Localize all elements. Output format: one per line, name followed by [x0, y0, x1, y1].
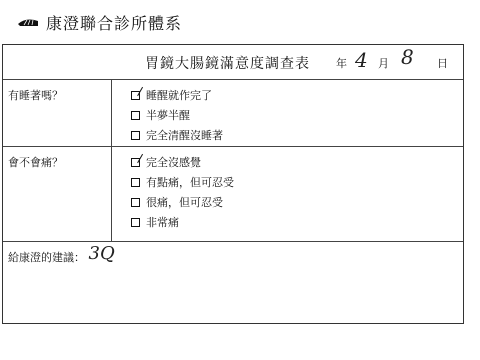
options-list: 睡醒就作完了 半夢半醒 完全清醒沒睡著	[131, 85, 223, 145]
form-title: 胃鏡大腸鏡滿意度調查表	[145, 53, 310, 73]
option-label: 非常痛	[146, 214, 179, 230]
day-value[interactable]: 8	[401, 45, 414, 69]
option-item[interactable]: 完全清醒沒睡著	[131, 125, 223, 145]
option-item[interactable]: 睡醒就作完了	[131, 85, 223, 105]
checkbox-checked[interactable]	[131, 158, 140, 167]
option-label: 完全沒感覺	[146, 154, 201, 170]
column-divider	[111, 146, 112, 241]
survey-form: 胃鏡大腸鏡滿意度調查表 年 4 月 8 日 有睡著嗎？ 睡醒就作完了 半夢半醒 …	[2, 44, 464, 324]
options-list: 完全沒感覺 有點痛，但可忍受 很痛，但可忍受 非常痛	[131, 152, 234, 232]
fan-logo-icon	[18, 17, 38, 27]
question-sleep: 有睡著嗎？ 睡醒就作完了 半夢半醒 完全清醒沒睡著	[3, 79, 463, 147]
suggestion-field: 給康澄的建議： 3Q	[8, 245, 115, 266]
column-divider	[111, 79, 112, 146]
option-label: 睡醒就作完了	[146, 87, 212, 103]
month-value[interactable]: 4	[355, 48, 368, 72]
checkbox-checked[interactable]	[131, 91, 140, 100]
checkbox[interactable]	[131, 218, 140, 227]
year-label: 年	[336, 55, 347, 71]
option-item[interactable]: 很痛，但可忍受	[131, 192, 234, 212]
question-label: 會不會痛？	[8, 154, 63, 170]
day-label: 日	[437, 55, 448, 71]
checkbox[interactable]	[131, 131, 140, 140]
month-label: 月	[378, 55, 389, 71]
option-label: 半夢半醒	[146, 107, 190, 123]
suggestion-label: 給康澄的建議：	[8, 251, 85, 264]
option-label: 完全清醒沒睡著	[146, 127, 223, 143]
checkbox[interactable]	[131, 198, 140, 207]
question-pain: 會不會痛？ 完全沒感覺 有點痛，但可忍受 很痛，但可忍受 非常痛	[3, 146, 463, 242]
option-item[interactable]: 半夢半醒	[131, 105, 223, 125]
suggestion-value[interactable]: 3Q	[89, 243, 115, 264]
option-item[interactable]: 有點痛，但可忍受	[131, 172, 234, 192]
form-header: 胃鏡大腸鏡滿意度調查表 年 4 月 8 日	[3, 45, 463, 80]
option-label: 很痛，但可忍受	[146, 194, 223, 210]
checkbox[interactable]	[131, 178, 140, 187]
option-item[interactable]: 非常痛	[131, 212, 234, 232]
option-item[interactable]: 完全沒感覺	[131, 152, 234, 172]
brand-header: 康澄聯合診所體系	[18, 10, 182, 34]
option-label: 有點痛，但可忍受	[146, 174, 234, 190]
clinic-name: 康澄聯合診所體系	[46, 11, 182, 34]
question-label: 有睡著嗎？	[8, 87, 63, 103]
checkbox[interactable]	[131, 111, 140, 120]
